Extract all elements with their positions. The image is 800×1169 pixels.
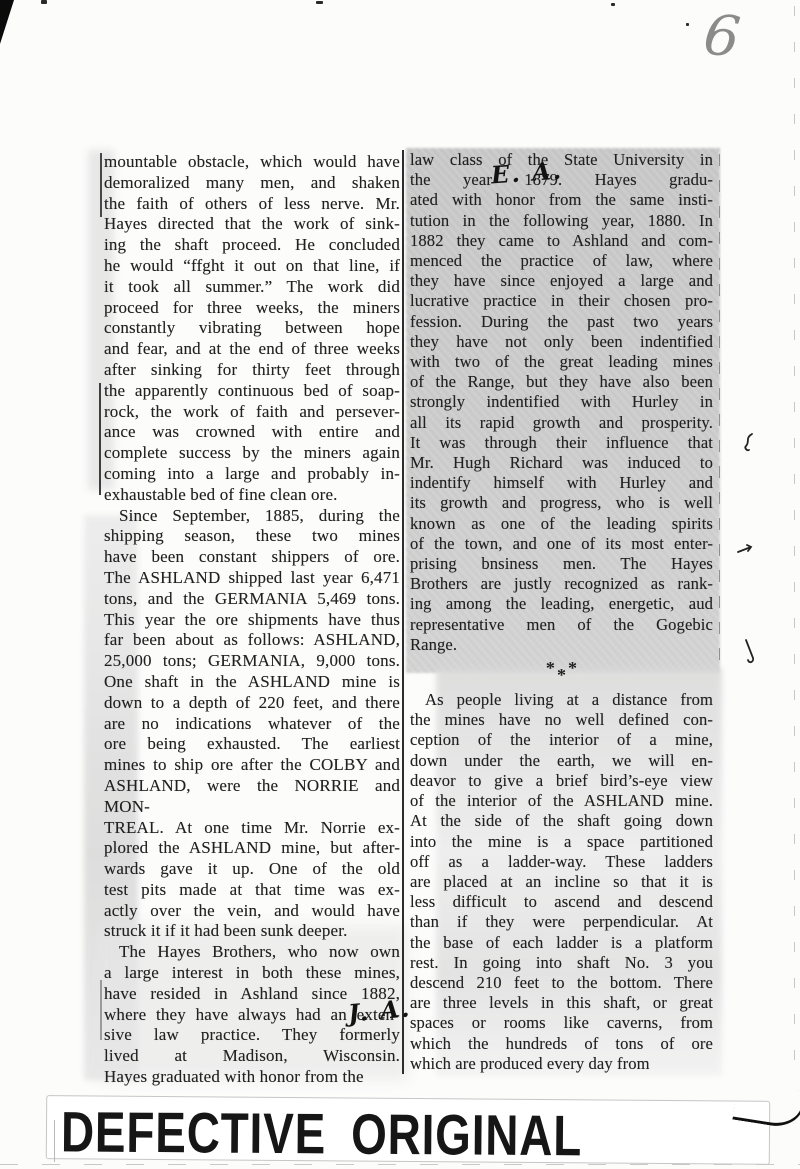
article-line: into the mine is a space partitioned	[410, 832, 713, 852]
article-line: It was through their influence that	[410, 433, 713, 453]
article-line: they have since enjoyed a large and	[410, 271, 713, 291]
article-line: mountable obstacle, which would have	[104, 152, 400, 173]
article-line: struck it if it had been sunk deeper.	[104, 921, 400, 942]
article-line: representative men of the Gogebic	[410, 615, 713, 635]
article-line: sive law practice. They formerly	[104, 1025, 400, 1046]
article-line: 1882 they came to Ashland and com-	[410, 231, 713, 251]
article-line: ance was crowned with entire and	[104, 422, 400, 443]
article-line: At the side of the shaft going down	[410, 811, 713, 831]
article-line: complete success by the miners again	[104, 443, 400, 464]
article-line: the base of each ladder is a platform	[410, 933, 713, 953]
article-line: its growth and progress, who is well	[410, 493, 713, 513]
article-line: wards gave it up. One of the old	[104, 859, 400, 880]
defective-original-stamp: DEFECTIVE ORIGINAL	[61, 1098, 583, 1168]
article-line: and fear, and at the end of three weeks	[104, 339, 400, 360]
article-line: tons, and the GERMANIA 5,469 tons.	[104, 589, 400, 610]
article-line: it took all summer.” The work did	[104, 277, 400, 298]
article-line: the mines have no well defined con-	[410, 710, 713, 730]
article-line: mines to ship ore after the COLBY and	[104, 755, 400, 776]
article-line: which the hundreds of tons of ore	[410, 1034, 713, 1054]
article-line: TREAL. At one time Mr. Norrie ex-	[104, 818, 400, 839]
asterisk: *	[568, 658, 577, 678]
article-line: Since September, 1885, during the	[104, 506, 400, 527]
article-line: which are produced every day from	[410, 1054, 713, 1074]
article-line: strongly indentified with Hurley in	[410, 392, 713, 412]
stamp-edge-tick	[54, 1120, 55, 1162]
article-line: rock, the work of faith and persever-	[104, 402, 400, 423]
ink-mark-stroke	[742, 638, 758, 666]
clipping-right-edge	[719, 154, 720, 674]
handwritten-initials: E. A.	[490, 156, 564, 190]
article-line: the faith of others of less nerve. Mr.	[104, 194, 400, 215]
article-line: known as one of the leading spirits	[410, 514, 713, 534]
article-line: are no indications whatever of the	[104, 714, 400, 735]
article-line: lived at Madison, Wisconsin.	[104, 1046, 400, 1067]
article-line: ore being exhausted. The earliest	[104, 734, 400, 755]
article-line: demoralized many men, and shaken	[104, 173, 400, 194]
article-line: The Hayes Brothers, who now own	[104, 942, 400, 963]
article-line: spaces or rooms like caverns, from	[410, 1013, 713, 1033]
article-line: ception of the interior of a mine,	[410, 730, 713, 750]
article-line: Brothers are justly recognized as rank-	[410, 574, 713, 594]
article-line: Hayes directed that the work of sink-	[104, 214, 400, 235]
article-line: tution in the following year, 1880. In	[410, 211, 713, 231]
clipping-left-edge	[100, 153, 102, 217]
scan-artifact-corner	[0, 0, 14, 44]
article-line: descend 210 feet to the bottom. There	[410, 973, 713, 993]
clipping-left-edge	[99, 383, 101, 495]
article-line: are placed at an incline so that it is	[410, 872, 713, 892]
scan-speck	[316, 1, 323, 4]
article-line: far been about as follows: ASHLAND,	[104, 630, 400, 651]
article-line: proceed for three weeks, the miners	[104, 298, 400, 319]
article-line: deavor to give a brief bird’s-eye view	[410, 771, 713, 791]
article-line: a large interest in both these mines,	[104, 963, 400, 984]
scanned-document-page: 6 mountable obstacle, which would havede…	[0, 0, 800, 1169]
article-line: down under the earth, we will en-	[410, 751, 713, 771]
article-line: all its rapid growth and prosperity.	[410, 413, 713, 433]
article-line: of the interior of the ASHLAND mine.	[410, 791, 713, 811]
article-line: they have not only been indentified	[410, 332, 713, 352]
article-line: fession. During the past two years	[410, 312, 713, 332]
newspaper-column-left: mountable obstacle, which would havedemo…	[104, 152, 400, 1088]
article-line: Range.	[410, 635, 713, 655]
article-line: exhaustable bed of fine clean ore.	[104, 485, 400, 506]
article-line: prising bnsiness men. The Hayes	[410, 554, 713, 574]
article-line: he would “ffght it out on that line, if	[104, 256, 400, 277]
article-line: constantly vibrating between hope	[104, 318, 400, 339]
article-line: Mr. Hugh Richard was induced to	[410, 453, 713, 473]
asterisk: *	[557, 665, 566, 685]
ink-mark-dash	[736, 543, 756, 557]
article-line: ing the shaft proceed. He concluded	[104, 235, 400, 256]
scan-speck	[686, 23, 689, 26]
article-line: are three levels in this shaft, or great	[410, 993, 713, 1013]
article-line: indentify himself with Hurley and	[410, 473, 713, 493]
article-line: have been constant shippers of ore.	[104, 547, 400, 568]
clipping-left-edge	[100, 980, 102, 1040]
article-line: plored the ASHLAND mine, but after-	[104, 838, 400, 859]
article-line: This year the ore shipments have thus	[104, 610, 400, 631]
asterisk: *	[546, 658, 555, 678]
article-line: shipping season, these two mines	[104, 526, 400, 547]
scan-speck	[611, 3, 615, 6]
article-line: off as a ladder-way. These ladders	[410, 852, 713, 872]
article-line: 25,000 tons; GERMANIA, 9,000 tons.	[104, 651, 400, 672]
article-line: after sinking for thirty feet through	[104, 360, 400, 381]
article-line: than if they were perpendicular. At	[410, 912, 713, 932]
article-line: ASHLAND, were the NORRIE and MON-	[104, 776, 400, 818]
article-line: rest. In going into shaft No. 3 you	[410, 953, 713, 973]
article-line: the apparently continuous bed of soap-	[104, 381, 400, 402]
column-divider-rule	[402, 150, 404, 1074]
article-line: less difficult to ascend and descend	[410, 892, 713, 912]
article-line: down to a depth of 220 feet, and there	[104, 693, 400, 714]
article-line: ing among the leading, energetic, aud	[410, 594, 713, 614]
article-line: with two of the great leading mines	[410, 352, 713, 372]
article-line: ated with honor from the same insti-	[410, 190, 713, 210]
article-line: As people living at a distance from	[410, 690, 713, 710]
handwritten-page-number: 6	[700, 2, 743, 71]
newspaper-column-right: law class of the State University inthe …	[410, 150, 713, 1074]
article-line: of the Range, but they have also been	[410, 372, 713, 392]
article-line: actly over the vein, and would have	[104, 901, 400, 922]
article-line: menced the practice of law, where	[410, 251, 713, 271]
asterisk-separator: ***	[410, 655, 713, 690]
article-line: The ASHLAND shipped last year 6,471	[104, 568, 400, 589]
article-line: coming into a large and probably in-	[104, 464, 400, 485]
article-line: test pits made at that time was ex-	[104, 880, 400, 901]
article-line: of the town, and one of its most enter-	[410, 534, 713, 554]
scan-edge-dashes	[794, 6, 795, 1081]
article-line: One shaft in the ASHLAND mine is	[104, 672, 400, 693]
article-line: Hayes graduated with honor from the	[104, 1067, 400, 1088]
stamp-slip: DEFECTIVE ORIGINAL	[46, 1095, 770, 1165]
scan-speck	[41, 0, 47, 4]
article-line: lucrative practice in their chosen pro-	[410, 291, 713, 311]
handwritten-initials: J. A.	[347, 993, 412, 1027]
ink-mark-squiggle	[742, 432, 758, 454]
